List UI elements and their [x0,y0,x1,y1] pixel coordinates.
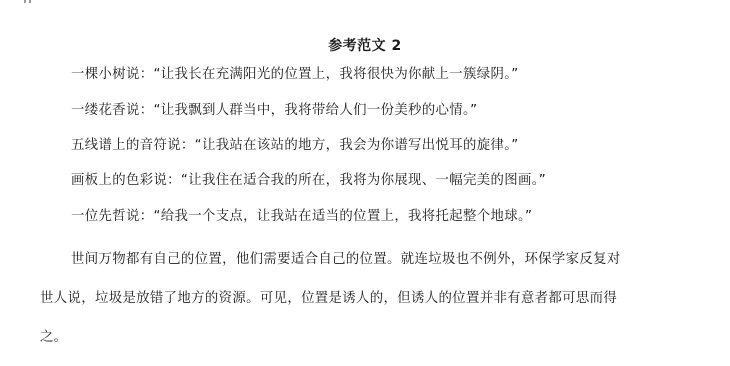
paragraph-flower: 一缕花香说：“让我飘到人群当中，我将带给人们一份美秒的心情。” [0,102,730,120]
paragraph-tree: 一棵小树说：“让我长在充满阳光的位置上，我将很快为你献上一簇绿阴。” [0,66,730,84]
paragraph-final-line-1: 世间万物都有自己的位置，他们需要适合自己的位置。就连垃圾也不例外，环保学家反复对 [0,251,730,269]
paragraph-color: 画板上的色彩说：“让我住在适合我的所在，我将为你展现、一幅完美的图画。” [0,172,730,190]
document-title: 参考范文 2 [0,35,730,55]
page-corner-mark [24,0,34,3]
paragraph-final-line-2: 世人说，垃圾是放错了地方的资源。可见，位置是诱人的，但诱人的位置并非有意者都可思… [0,290,730,308]
paragraph-philosopher: 一位先哲说：“给我一个支点，让我站在适当的位置上，我将托起整个地球。” [0,208,730,226]
paragraph-music-note: 五线谱上的音符说：“让我站在该站的地方，我会为你谱写出悦耳的旋律。” [0,137,730,155]
paragraph-final-line-3: 之。 [0,329,730,347]
